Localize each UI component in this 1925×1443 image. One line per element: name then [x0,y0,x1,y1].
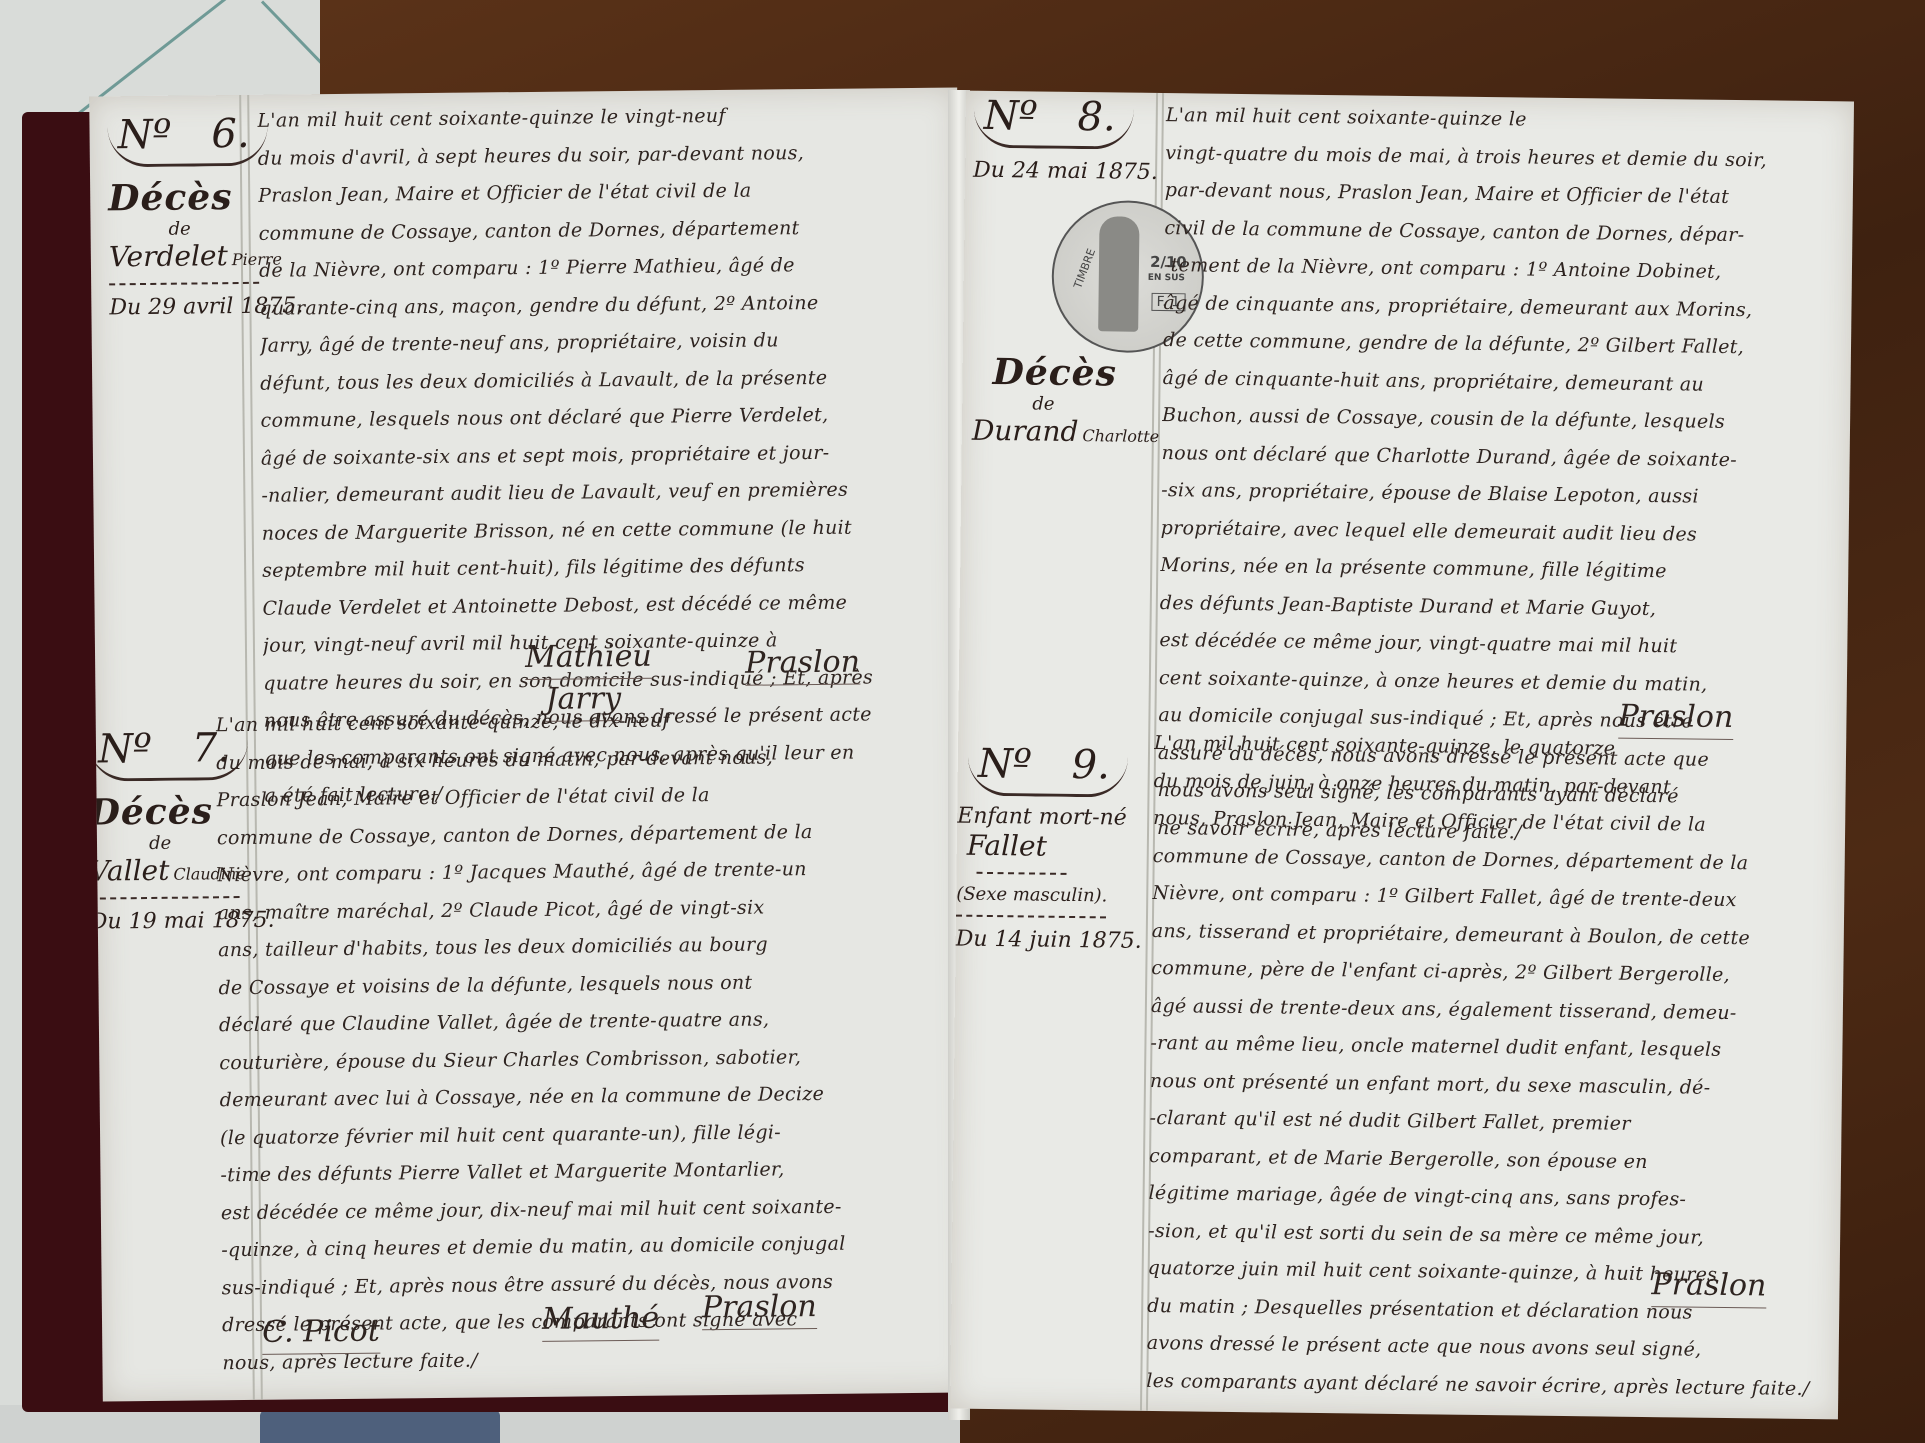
entry-9-margin: Nº9. Enfant mort-né Fallet (Sexe masculi… [956,741,1154,954]
entry-date: Du 14 juin 1875. [956,927,1151,954]
number-value: 8. [1077,94,1116,140]
surname: Durand [972,414,1079,448]
left-page: Nº6. Décès de VerdeletPierre Du 29 avril… [89,87,971,1401]
surname: Verdelet [109,239,228,273]
justice-figure-icon [1098,216,1139,331]
entry-8-type: Décès de DurandCharlotte [972,341,1163,449]
entry-type: Enfant mort-né [957,804,1152,831]
sex-note: (Sexe masculin). [956,884,1151,907]
entry-date: Du 29 avril 1875. [109,294,249,320]
entry-de: de [168,218,248,240]
stamp-label: TIMBRE [1071,247,1098,291]
signature: Praslon [702,1289,817,1330]
entry-name: DurandCharlotte [972,414,1162,449]
entry-date: Du 24 mai 1875. [973,158,1163,185]
text-line: -nalier, demeurant audit lieu de Lavault… [261,471,951,516]
entry-name: VerdeletPierre [109,239,249,273]
text-line: les comparants ayant déclaré ne savoir é… [1146,1362,1836,1408]
number-value: 6. [211,111,250,157]
entry-number: Nº8. [973,93,1134,150]
entry-number: Nº6. [107,111,268,168]
signature: Mauthé [542,1301,659,1342]
number-prefix: Nº [978,741,1032,788]
person-leg [260,1410,500,1443]
entry-number: Nº9. [967,741,1128,798]
entry-de: de [1032,393,1162,416]
wave-divider [977,872,1067,875]
number-prefix: Nº [98,726,152,773]
number-prefix: Nº [983,93,1037,140]
text-line: noces de Marguerite Brisson, né en cette… [262,508,952,553]
signature: Praslon [1651,1267,1766,1308]
number-value: 9. [1071,742,1110,788]
signature: Praslon [745,645,860,686]
surname: Fallet [967,829,1152,864]
wave-divider [956,915,1106,919]
entry-8-margin: Nº8. Du 24 mai 1875. [973,93,1164,185]
right-page: Nº8. Du 24 mai 1875. TIMBRE 2/10 EN SUS … [950,91,1854,1420]
entry-type: Décès [992,351,1163,395]
wave-divider [109,282,259,286]
entry-type: Décès [108,176,248,219]
signature: C. Picot [262,1314,380,1355]
surname: Vallet [89,854,169,888]
given-name: Charlotte [1082,426,1159,446]
entry-7-body: L'an mil huit cent soixante-quinze, le d… [216,700,963,1383]
number-prefix: Nº [117,112,171,159]
entry-6-margin: Nº6. Décès de VerdeletPierre Du 29 avril… [107,111,249,320]
signature: Mathieu [525,639,652,680]
